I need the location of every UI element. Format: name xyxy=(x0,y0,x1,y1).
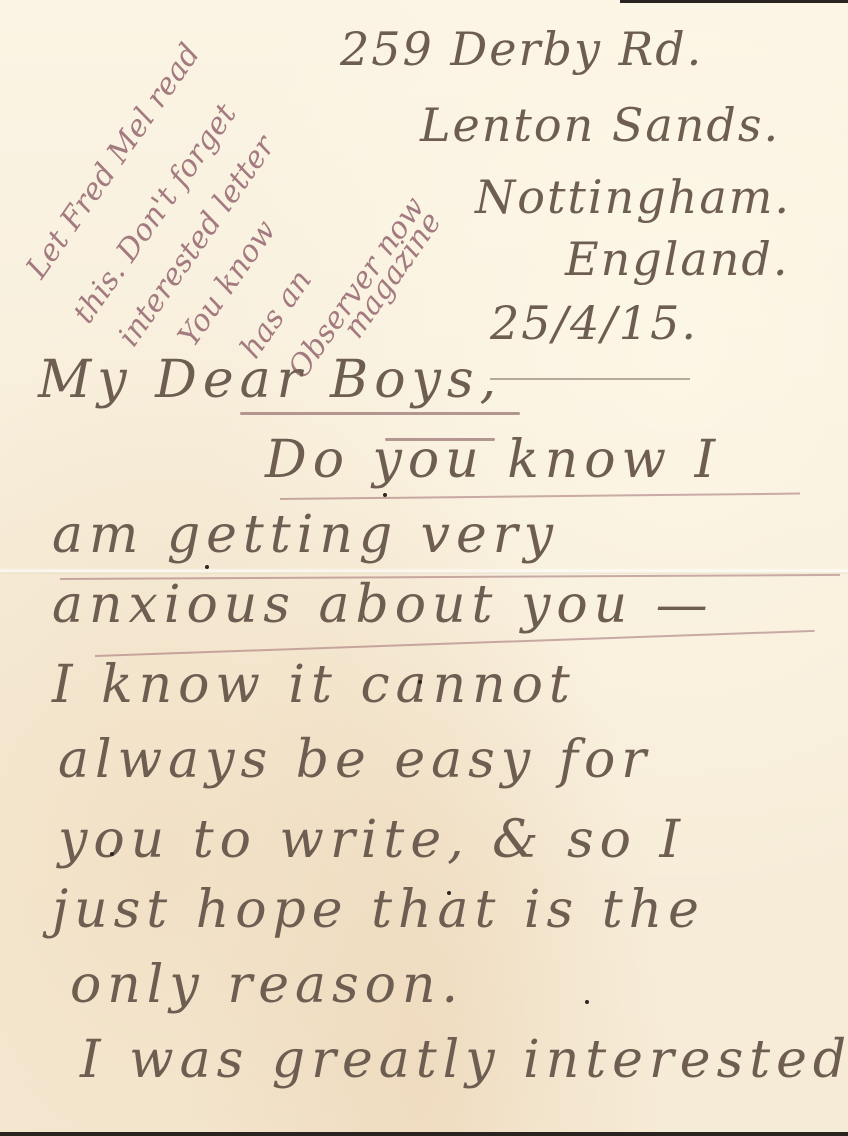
scan-edge-bottom xyxy=(0,1132,848,1136)
address-line-street: 259 Derby Rd. xyxy=(340,22,703,76)
paper-fold xyxy=(0,568,848,574)
body-line: I was greatly interested xyxy=(80,1030,848,1090)
address-line-city: Nottingham. xyxy=(475,170,791,224)
address-line-district: Lenton Sands. xyxy=(420,98,780,152)
body-line: am getting very xyxy=(52,505,559,565)
body-line: just hope that is the xyxy=(52,880,705,940)
ink-speck xyxy=(110,852,114,856)
letter-page: Let Fred Mel read this. Don't forget int… xyxy=(0,0,848,1136)
body-line: I know it cannot xyxy=(52,655,576,715)
ink-speck xyxy=(418,680,422,684)
ink-rule xyxy=(490,378,690,380)
ink-speck xyxy=(383,493,387,497)
ink-speck xyxy=(585,1000,589,1004)
ink-speck xyxy=(205,565,209,569)
ink-speck xyxy=(447,891,451,895)
body-line: always be easy for xyxy=(58,730,652,790)
salutation: My Dear Boys, xyxy=(38,350,502,410)
body-line: only reason. xyxy=(70,955,464,1015)
pencil-rule xyxy=(280,493,800,500)
body-line: you to write, & so I xyxy=(58,810,686,870)
body-line: Do you know I xyxy=(265,430,721,490)
body-line: anxious about you — xyxy=(52,575,714,635)
letter-date: 25/4/15. xyxy=(490,296,698,350)
salutation-underline xyxy=(240,412,520,415)
address-line-country: England. xyxy=(565,232,789,286)
scan-edge-top xyxy=(620,0,848,3)
